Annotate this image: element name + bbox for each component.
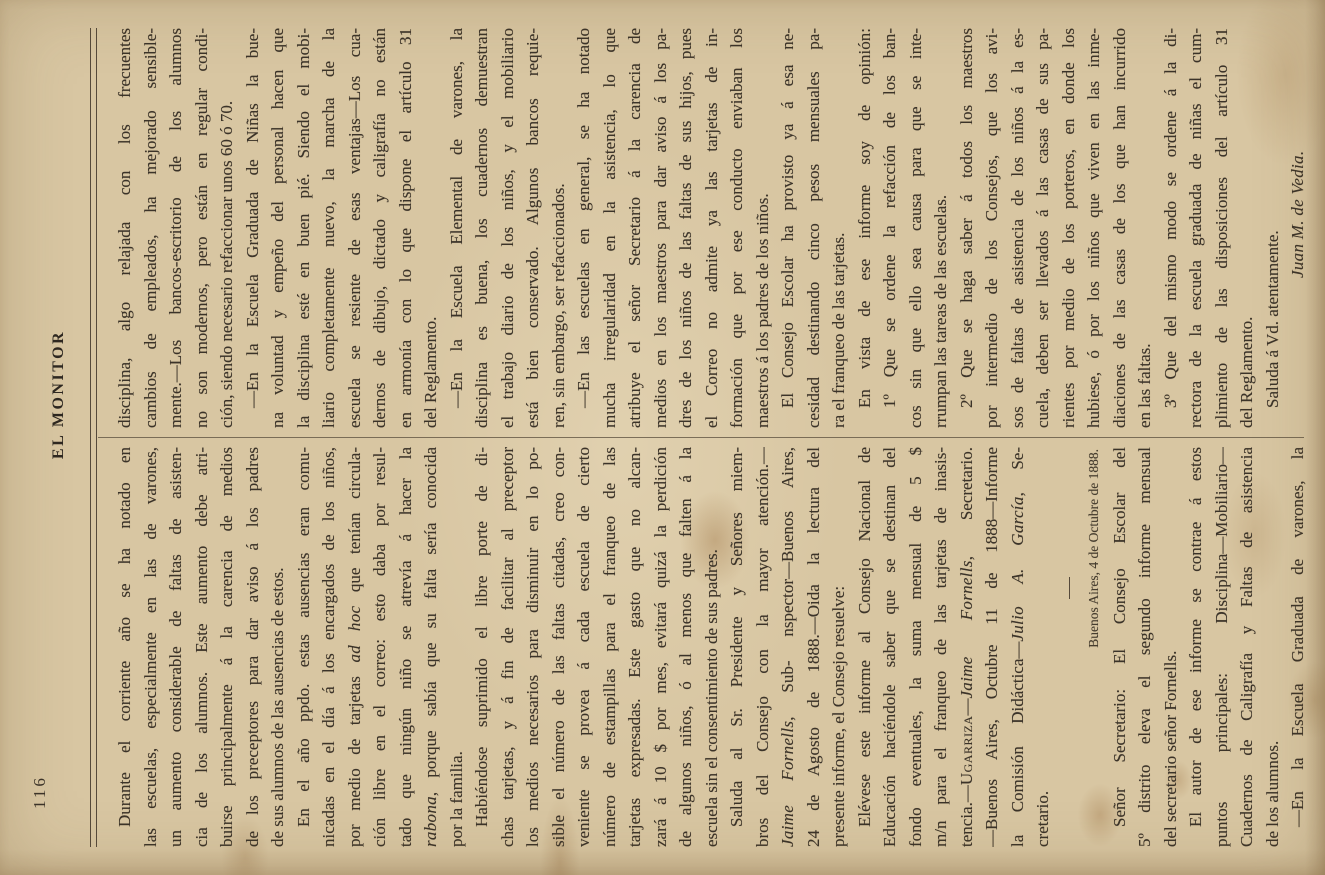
text-line: de los preceptores para dar aviso á los … [240,447,266,847]
text-line: En vista de ese informe soy de opinión: [852,28,878,428]
text-line: está bien conservado. Algunos bancos req… [520,28,546,428]
text-line: Saluda al Sr. Presidente y Señores miem- [724,447,750,847]
text-line: del Reglamento. [418,28,444,428]
text-line: rectora de la escuela graduada de niñas … [1183,28,1209,428]
left-column: Durante el corriente año se ha notado en… [112,447,1311,847]
text-line: rientes por medio de los porteros, en do… [1056,28,1082,428]
text-line: ra el franqueo de las tarjetas. [826,28,852,428]
text-line: tado que ningún niño se atrevía á hacer … [393,447,419,847]
text-line: la disciplina esté en buen pié. Siendo e… [291,28,317,428]
text-line: cos sin que ello sea causa para que se i… [903,28,929,428]
right-column: disciplina, algo relajada con los frecue… [112,28,1311,428]
text-line: sible el número de las faltas citadas, c… [546,447,572,847]
text-line: de algunos niños, ó al menos que falten … [673,447,699,847]
text-line: chas tarjetas, y á fin de facilitar al p… [495,447,521,847]
text-line: En el año ppdo. estas ausencias eran com… [291,447,317,847]
text-line: zará á 10 $ por mes, evitará quizá la pe… [648,447,674,847]
text-line: 3º Que del mismo modo se ordene á la di- [1158,28,1184,428]
text-area: Durante el corriente año se ha notado en… [112,28,1311,847]
text-line: maestros á los padres de los niños. [750,28,776,428]
text-line: liario completamente nuevo, la marcha de… [316,28,342,428]
text-line: los medios necesarios para disminuir en … [520,447,546,847]
text-line: —En las escuelas en general, se ha notad… [571,28,597,428]
text-line: Durante el corriente año se ha notado en [112,447,138,847]
text-line: na voluntad y empeño del personal hacen … [265,28,291,428]
text-line: nicadas en el día á los encargados de lo… [316,447,342,847]
scanned-page: 116 EL MONITOR Durante el corriente año … [0,0,1325,875]
text-line: Elévese este informe al Consejo Nacional… [852,447,878,847]
text-line: tarjetas expresadas. Este gasto que no a… [622,447,648,847]
text-line: el Correo no admite ya las tarjetas de i… [699,28,725,428]
text-line: Jaime Fornells, Sub- nspector—Buenos Air… [775,447,801,847]
text-line: en las faltas. [1132,28,1158,428]
text-line: rrumpan las tareas de las escuelas. [928,28,954,428]
text-line: —En la Escuela Graduada de varones, la [1285,447,1311,847]
text-line: escuela se resiente de esas ventajas—Los… [342,28,368,428]
scan-canvas: 116 EL MONITOR Durante el corriente año … [0,0,1325,875]
text-line: 1º Que se ordene la refacción de los ban… [877,28,903,428]
text-line: del secretario señor Fornells. [1158,447,1184,847]
journal-title: EL MONITOR [50,0,68,875]
text-line: dres de los niños de las faltas de sus h… [673,28,699,428]
text-line: 5º distrito eleva el segundo informe men… [1132,447,1158,847]
text-line: cretario. [1030,447,1056,847]
text-line: dernos de dibujo, dictado y caligrafía n… [367,28,393,428]
column-divider [98,437,1304,438]
text-line: el trabajo diario de los niños, y el mob… [495,28,521,428]
text-line: por intermedio de los Consejos, que los … [979,28,1005,428]
text-line: hubiese, ó por los niños que viven en la… [1081,28,1107,428]
text-line: tencia.—Ugarriza—Jaime Fornells, Secreta… [954,447,980,847]
text-line: mucha irregularidad en la asistencia, lo… [597,28,623,428]
text-line: —En la Escuela Elemental de varones, la [444,28,470,428]
text-line: —En la Escuela Graduada de Niñas la bue- [240,28,266,428]
text-line: atribuye el señor Secretario á la carenc… [622,28,648,428]
text-line: m/n para el franqueo de las tarjetas de … [928,447,954,847]
text-line: cuela, deben ser llevados á las casas de… [1030,28,1056,428]
text-line: medios en los maestros para dar aviso á … [648,28,674,428]
text-line: bros del Consejo con la mayor atención.— [750,447,776,847]
text-line: sos de faltas de asistencia de los niños… [1005,28,1031,428]
text-line: cesidad destinando cinco pesos mensuales… [801,28,827,428]
text-line: cambios de empleados, ha mejorado sensib… [138,28,164,428]
text-line: de los alumnos. [1260,447,1286,847]
text-line: ción libre en el correo: esto daba por r… [367,447,393,847]
text-line: 2º Que se haga saber á todos los maestro… [954,28,980,428]
text-line: plimiento de las disposiciones del artíc… [1209,28,1235,428]
page-number: 116 [30,775,50,809]
text-line: por la familia. [444,447,470,847]
text-line: Habiéndose suprimido el libre porte de d… [469,447,495,847]
text-line: escuela sin el consentimiento de sus pad… [699,447,725,847]
text-line: las escuelas, especialmente en las de va… [138,447,164,847]
text-line: presente informe, el Consejo resuelve: [826,447,852,847]
text-line: la Comisión Didáctica—Julio A. García, S… [1005,447,1031,847]
text-line: del Reglamento. [1234,28,1260,428]
date-line: Buenos Aires, 4 de Octubre de 1888. [1081,447,1107,847]
text-line: ren, sin embargo, ser refaccionados. [546,28,572,428]
text-line: Educación haciéndole saber que se destin… [877,447,903,847]
section-divider [1056,447,1082,847]
text-line: Señor Secretario: El Consejo Escolar del [1107,447,1133,847]
text-line: El Consejo Escolar ha provisto ya á esa … [775,28,801,428]
text-line: disciplina, algo relajada con los frecue… [112,28,138,428]
text-line: no son modernos, pero están en regular c… [189,28,215,428]
text-line: número de estampillas para el franqueo d… [597,447,623,847]
text-line: puntos principales: Disciplina—Mobiliari… [1209,447,1235,847]
text-line: cia de los alumnos. Este aumento debe at… [189,447,215,847]
text-line: disciplina es buena, los cuadernos demue… [469,28,495,428]
signature-line: Juan M. de Vedia. [1285,28,1311,428]
text-line: Cuadernos de Caligrafía y Faltas de asis… [1234,447,1260,847]
text-line: buirse principalmente á la carencia de m… [214,447,240,847]
text-line: Saluda á Vd. atentamente. [1260,28,1286,428]
text-line: ción, siendo necesario refaccionar unos … [214,28,240,428]
text-line: 24 de Agosto de 1888.—Oida la lectura de… [801,447,827,847]
header-rule [90,28,97,847]
text-line: —Buenos Aires, Octubre 11 de 1888—Inform… [979,447,1005,847]
text-line: formación que por ese conducto enviaban … [724,28,750,428]
text-line: El autor de ese informe se contrae á est… [1183,447,1209,847]
text-line: de sus alumnos de las ausencias de estos… [265,447,291,847]
text-line: rabona, porque sabía que su falta sería … [418,447,444,847]
text-line: mente.—Los bancos-escritorio de los alum… [163,28,189,428]
text-line: por medio de tarjetas ad hoc que tenían … [342,447,368,847]
text-line: en armonía con lo que dispone el artícul… [393,28,419,428]
text-line: un aumento considerable de faltas de asi… [163,447,189,847]
text-line: veniente se provea á cada escuela de cie… [571,447,597,847]
text-line: diaciones de las casas de los que han in… [1107,28,1133,428]
text-line: fondo eventuales, la suma mensual de 5 $ [903,447,929,847]
